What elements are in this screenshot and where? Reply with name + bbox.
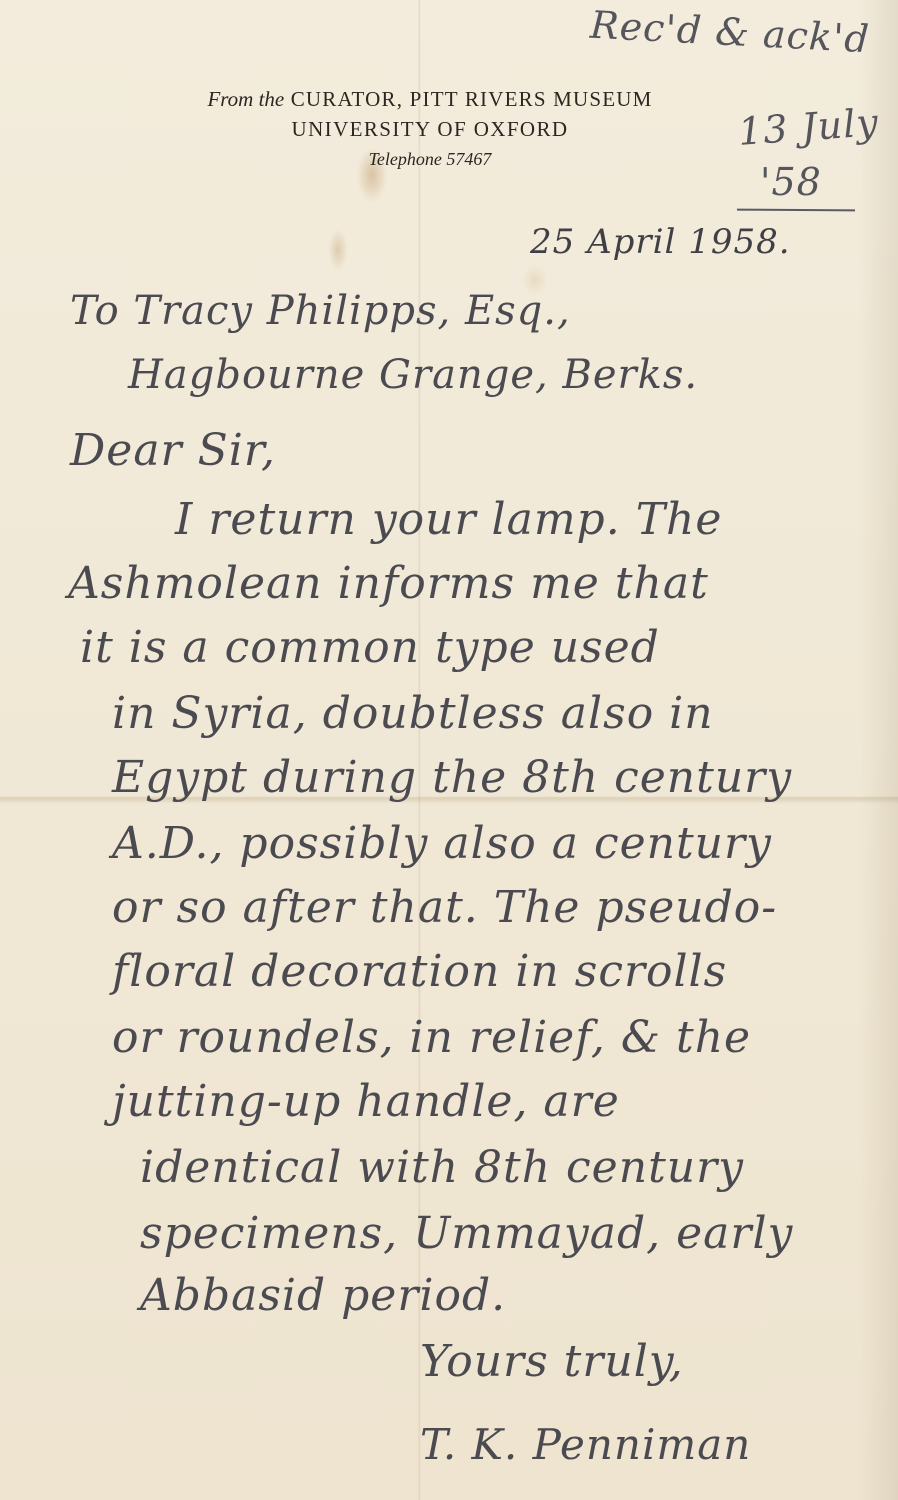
letterhead-telephone: Telephone 57467: [140, 144, 720, 174]
letterhead-curator: CURATOR, PITT RIVERS MUSEUM: [291, 87, 653, 111]
letterhead: From the CURATOR, PITT RIVERS MUSEUM UNI…: [140, 84, 720, 174]
closing: Yours truly,: [420, 1336, 684, 1387]
body-line: Ashmolean informs me that: [68, 558, 709, 609]
body-line: A.D., possibly also a century: [112, 818, 772, 869]
letter-page: From the CURATOR, PITT RIVERS MUSEUM UNI…: [0, 0, 898, 1500]
body-line: Abbasid period.: [140, 1270, 506, 1321]
body-line: identical with 8th century: [140, 1142, 744, 1193]
body-line: I return your lamp. The: [175, 494, 722, 545]
letterhead-curator-line: From the CURATOR, PITT RIVERS MUSEUM: [140, 84, 720, 114]
body-line: or so after that. The pseudo-: [112, 882, 777, 933]
body-line: floral decoration in scrolls: [112, 946, 727, 997]
body-line: jutting-up handle, are: [112, 1076, 620, 1127]
body-line: in Syria, doubtless also in: [112, 688, 714, 739]
received-acknowledged-annotation: Rec'd & ack'd: [589, 3, 871, 62]
signature: T. K. Penniman: [420, 1420, 751, 1469]
address: Hagbourne Grange, Berks.: [128, 352, 698, 398]
annotation-date-year: '58: [760, 160, 822, 204]
body-line: or roundels, in relief, & the: [112, 1012, 751, 1063]
paper-edge-shadow: [858, 0, 898, 1500]
letterhead-university: UNIVERSITY OF OXFORD: [140, 114, 720, 144]
body-line: Egypt during the 8th century: [112, 752, 792, 803]
body-line: it is a common type used: [80, 622, 660, 673]
letter-date: 25 April 1958.: [530, 222, 791, 262]
addressee: To Tracy Philipps, Esq.,: [70, 288, 571, 334]
annotation-underline: [737, 209, 855, 212]
letterhead-from-prefix: From the: [207, 87, 284, 111]
body-line: specimens, Ummayad, early: [140, 1208, 793, 1259]
salutation: Dear Sir,: [70, 425, 276, 476]
